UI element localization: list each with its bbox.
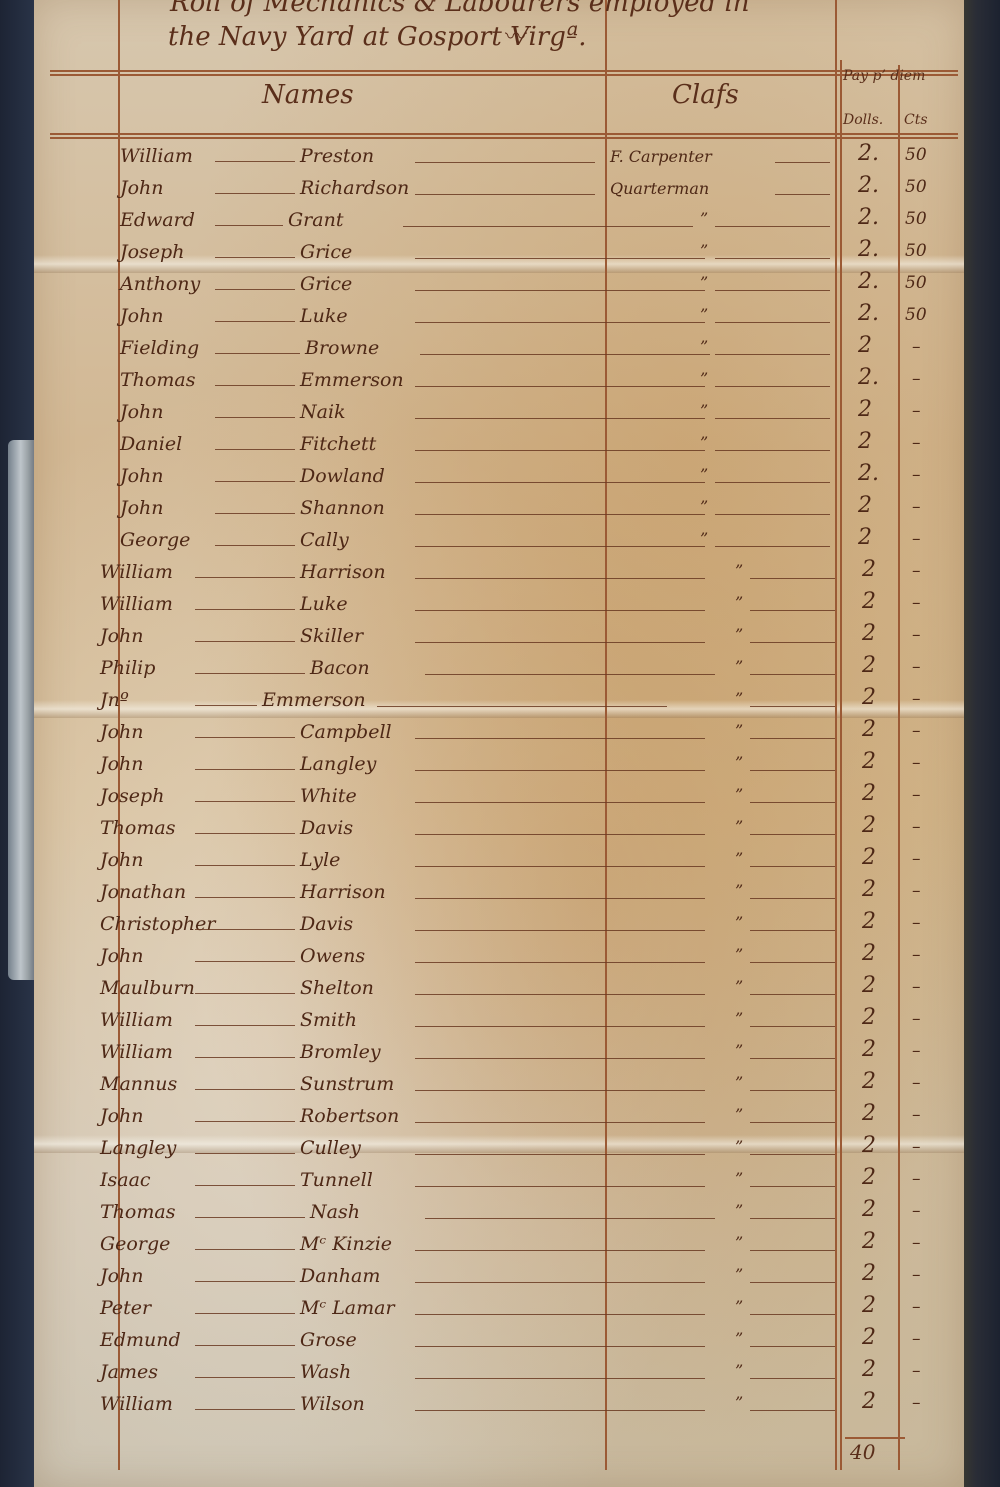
class-ditto-mark: ” (735, 753, 743, 772)
leader-line (415, 482, 705, 483)
table-row: JohnSkiller”2– (0, 623, 1000, 651)
leader-line (415, 642, 705, 643)
column-header-class: Clafs (672, 80, 739, 110)
table-row: JonathanHarrison”2– (0, 879, 1000, 907)
pay-cents: – (912, 1009, 921, 1029)
leader-line (415, 194, 595, 195)
first-name: John (100, 721, 144, 743)
pay-cents: – (912, 529, 921, 549)
class-ditto-mark: ” (735, 657, 743, 676)
class-ditto-mark: ” (735, 721, 743, 740)
leader-line (415, 1250, 705, 1251)
leader-line (415, 386, 705, 387)
leader-line (715, 226, 830, 227)
leader-line (750, 1250, 835, 1251)
pay-cents: – (912, 1297, 921, 1317)
leader-line (195, 929, 295, 930)
pay-dollars: 2. (858, 205, 879, 230)
pay-cents: – (912, 721, 921, 741)
last-name: Mᶜ Kinzie (300, 1233, 392, 1255)
leader-line (215, 449, 295, 450)
class-ditto-mark: ” (735, 817, 743, 836)
leader-line (195, 737, 295, 738)
table-row: JohnOwens”2– (0, 943, 1000, 971)
class-ditto-mark: ” (700, 497, 708, 516)
first-name: George (100, 1233, 170, 1255)
first-name: William (100, 1041, 173, 1063)
first-name: Christopher (100, 913, 215, 935)
header-top-rule-double (50, 74, 958, 76)
leader-line (750, 834, 835, 835)
pay-cents: – (912, 1041, 921, 1061)
last-name: Davis (300, 817, 353, 839)
first-name: Jnº (100, 689, 129, 711)
leader-line (415, 1282, 705, 1283)
leader-line (377, 706, 667, 707)
first-name: Thomas (100, 817, 175, 839)
leader-line (195, 609, 295, 610)
leader-line (195, 1377, 295, 1378)
leader-line (415, 1058, 705, 1059)
leader-line (775, 194, 830, 195)
last-name: Shelton (300, 977, 374, 999)
pay-dollars: 2 (862, 781, 876, 806)
first-name: John (120, 401, 164, 423)
leader-line (750, 1186, 835, 1187)
pay-dollars: 2. (858, 365, 879, 390)
last-name: Smith (300, 1009, 357, 1031)
leader-line (715, 546, 830, 547)
first-name: John (120, 305, 164, 327)
table-row: JamesWash”2– (0, 1359, 1000, 1387)
pay-dollars: 2 (862, 941, 876, 966)
last-name: Harrison (300, 561, 386, 583)
first-name: John (100, 945, 144, 967)
pay-dollars: 2 (862, 1165, 876, 1190)
leader-line (420, 354, 710, 355)
pay-dollars: 2 (862, 909, 876, 934)
class-ditto-mark: ” (735, 561, 743, 580)
class-ditto-mark: ” (700, 369, 708, 388)
last-name: Luke (300, 305, 348, 327)
leader-line (195, 1153, 295, 1154)
last-name: Lyle (300, 849, 340, 871)
pay-cents: – (912, 561, 921, 581)
pay-dollars: 2 (862, 813, 876, 838)
leader-line (415, 738, 705, 739)
pay-dollars: 2 (862, 1069, 876, 1094)
class-ditto-mark: ” (735, 913, 743, 932)
first-name: John (120, 497, 164, 519)
class-ditto-mark: ” (735, 1329, 743, 1348)
pay-cents: – (912, 657, 921, 677)
first-name: George (120, 529, 190, 551)
table-row: EdmundGrose”2– (0, 1327, 1000, 1355)
pay-cents: – (912, 1393, 921, 1413)
first-name: Edmund (100, 1329, 181, 1351)
table-row: JohnNaik”2– (0, 399, 1000, 427)
table-row: MaulburnShelton”2– (0, 975, 1000, 1003)
leader-line (750, 1410, 835, 1411)
pay-cents: – (912, 1105, 921, 1125)
pay-cents: – (912, 1329, 921, 1349)
table-row: DanielFitchett”2– (0, 431, 1000, 459)
class-ditto-mark: ” (735, 625, 743, 644)
pay-cents: 50 (905, 241, 927, 261)
pay-cents: – (912, 1137, 921, 1157)
leader-line (215, 481, 295, 482)
pay-cents: – (912, 817, 921, 837)
last-name: Danham (300, 1265, 380, 1287)
table-row: EdwardGrant”2.50 (0, 207, 1000, 235)
first-name: James (100, 1361, 158, 1383)
pay-dollars: 2 (862, 1357, 876, 1382)
class-ditto-mark: ” (700, 401, 708, 420)
leader-line (195, 1345, 295, 1346)
pay-dollars: 2 (858, 333, 872, 358)
column-header-dollars: Dolls. (843, 112, 883, 128)
leader-line (415, 578, 705, 579)
pay-cents: – (912, 785, 921, 805)
first-name: John (100, 753, 144, 775)
leader-line (415, 1154, 705, 1155)
first-name: William (100, 593, 173, 615)
leader-line (415, 994, 705, 995)
leader-line (715, 514, 830, 515)
pay-cents: – (912, 913, 921, 933)
leader-line (715, 450, 830, 451)
header-bottom-rule (50, 133, 958, 135)
table-row: WilliamHarrison”2– (0, 559, 1000, 587)
leader-line (415, 930, 705, 931)
class-ditto-mark: ” (735, 1361, 743, 1380)
pay-dollars: 2 (862, 1261, 876, 1286)
pay-dollars: 2 (862, 877, 876, 902)
pay-cents: 50 (905, 273, 927, 293)
last-name: Shannon (300, 497, 385, 519)
class-ditto-mark: ” (735, 1201, 743, 1220)
leader-line (750, 930, 835, 931)
table-row: ChristopherDavis”2– (0, 911, 1000, 939)
class-ditto-mark: ” (735, 1265, 743, 1284)
pay-dollars: 2 (862, 653, 876, 678)
class-ditto-mark: ” (735, 1041, 743, 1060)
leader-line (415, 610, 705, 611)
table-row: IsaacTunnell”2– (0, 1167, 1000, 1195)
last-name: Langley (300, 753, 376, 775)
pay-dollars: 2 (862, 717, 876, 742)
class-ditto-mark: ” (700, 465, 708, 484)
last-name: Owens (300, 945, 365, 967)
first-name: John (120, 177, 164, 199)
leader-line (195, 833, 295, 834)
table-row: JohnDowland”2.– (0, 463, 1000, 491)
pay-dollars: 2 (862, 1101, 876, 1126)
pay-dollars: 2 (858, 397, 872, 422)
leader-line (195, 1281, 295, 1282)
pay-dollars: 2 (858, 429, 872, 454)
leader-line (715, 322, 830, 323)
leader-line (195, 993, 295, 994)
pay-cents: – (912, 1073, 921, 1093)
table-row: PhilipBacon”2– (0, 655, 1000, 683)
last-name: Nash (310, 1201, 360, 1223)
leader-line (425, 674, 715, 675)
leader-line (403, 226, 693, 227)
leader-line (750, 802, 835, 803)
first-name: Joseph (120, 241, 184, 263)
leader-line (750, 1154, 835, 1155)
last-name: Harrison (300, 881, 386, 903)
first-name: William (100, 1009, 173, 1031)
pay-cents: – (912, 1265, 921, 1285)
leader-line (195, 961, 295, 962)
pay-cents: – (912, 337, 921, 357)
last-name: Robertson (300, 1105, 399, 1127)
pay-dollars: 2 (862, 973, 876, 998)
last-name: Grice (300, 241, 352, 263)
pay-cents: 50 (905, 177, 927, 197)
pay-dollars: 2 (862, 1005, 876, 1030)
leader-line (425, 1218, 715, 1219)
table-row: GeorgeMᶜ Kinzie”2– (0, 1231, 1000, 1259)
class-ditto-mark: ” (735, 1105, 743, 1124)
last-name: Browne (305, 337, 379, 359)
pay-dollars: 2. (858, 461, 879, 486)
leader-line (215, 289, 295, 290)
table-row: JnºEmmerson”2– (0, 687, 1000, 715)
pay-cents: – (912, 1233, 921, 1253)
leader-line (715, 354, 830, 355)
table-row: JohnLyle”2– (0, 847, 1000, 875)
first-name: Langley (100, 1137, 176, 1159)
pay-cents: – (912, 625, 921, 645)
header-bottom-rule-double (50, 137, 958, 139)
class-ditto-mark: ” (700, 273, 708, 292)
pay-dollars: 2. (858, 269, 879, 294)
leader-line (415, 1090, 705, 1091)
table-row: PeterMᶜ Lamar”2– (0, 1295, 1000, 1323)
leader-line (750, 642, 835, 643)
table-row: JosephGrice”2.50 (0, 239, 1000, 267)
leader-line (415, 834, 705, 835)
leader-line (415, 962, 705, 963)
pay-dollars: 2 (862, 1293, 876, 1318)
column-header-names: Names (262, 80, 354, 110)
leader-line (215, 225, 283, 226)
pay-dollars: 2 (858, 525, 872, 550)
first-name: Edward (120, 209, 195, 231)
pay-cents: – (912, 593, 921, 613)
leader-line (195, 865, 295, 866)
pay-dollars: 2 (862, 621, 876, 646)
leader-line (195, 705, 257, 706)
pay-dollars: 2. (858, 173, 879, 198)
pay-cents: 50 (905, 305, 927, 325)
leader-line (195, 897, 295, 898)
pay-dollars: 2 (862, 557, 876, 582)
class-ditto-mark: ” (735, 1137, 743, 1156)
first-name: Thomas (120, 369, 195, 391)
class-ditto-mark: ” (700, 337, 708, 356)
leader-line (415, 1026, 705, 1027)
table-row: WilliamBromley”2– (0, 1039, 1000, 1067)
leader-line (750, 1122, 835, 1123)
table-row: ThomasDavis”2– (0, 815, 1000, 843)
leader-line (715, 418, 830, 419)
leader-line (415, 450, 705, 451)
leader-line (415, 290, 705, 291)
pay-dollars: 2 (862, 1229, 876, 1254)
leader-line (715, 482, 830, 483)
leader-line (195, 1089, 295, 1090)
class-ditto-mark: ” (700, 529, 708, 548)
class-ditto-mark: ” (735, 785, 743, 804)
leader-line (215, 513, 295, 514)
leader-line (215, 385, 295, 386)
pay-dollars: 2. (858, 301, 879, 326)
leader-line (750, 1282, 835, 1283)
class-ditto-mark: ” (735, 881, 743, 900)
leader-line (415, 866, 705, 867)
table-row: JohnDanham”2– (0, 1263, 1000, 1291)
leader-line (750, 674, 835, 675)
leader-line (415, 514, 705, 515)
pay-dollars: 2 (862, 1325, 876, 1350)
document-title-line-1: Roll of Mechanics & Labourers employed i… (170, 0, 749, 18)
leader-line (215, 193, 295, 194)
leader-line (750, 770, 835, 771)
pay-dollars: 2 (862, 1389, 876, 1414)
class-ditto-mark: ” (735, 977, 743, 996)
first-name: Maulburn (100, 977, 195, 999)
leader-line (750, 1026, 835, 1027)
table-row: JohnLuke”2.50 (0, 303, 1000, 331)
class-ditto-mark: ” (735, 849, 743, 868)
last-name: Davis (300, 913, 353, 935)
table-row: WilliamWilson”2– (0, 1391, 1000, 1419)
pay-cents: – (912, 465, 921, 485)
table-row: JohnShannon”2– (0, 495, 1000, 523)
leader-line (750, 898, 835, 899)
class-value: Quarterman (610, 179, 709, 198)
leader-line (415, 802, 705, 803)
first-name: Isaac (100, 1169, 151, 1191)
leader-line (215, 321, 295, 322)
leader-line (195, 1025, 295, 1026)
leader-line (715, 290, 830, 291)
last-name: Grose (300, 1329, 357, 1351)
leader-line (195, 641, 295, 642)
leader-line (750, 738, 835, 739)
leader-line (750, 866, 835, 867)
last-name: Bromley (300, 1041, 381, 1063)
leader-line (195, 673, 305, 674)
first-name: William (100, 561, 173, 583)
leader-line (415, 322, 705, 323)
last-name: Culley (300, 1137, 361, 1159)
class-value: F. Carpenter (610, 147, 712, 166)
class-ditto-mark: ” (700, 305, 708, 324)
leader-line (195, 1217, 305, 1218)
class-ditto-mark: ” (735, 1297, 743, 1316)
first-name: Fielding (120, 337, 199, 359)
first-name: John (100, 1105, 144, 1127)
leader-line (715, 258, 830, 259)
class-ditto-mark: ” (700, 241, 708, 260)
first-name: John (100, 1265, 144, 1287)
table-row: LangleyCulley”2– (0, 1135, 1000, 1163)
class-ditto-mark: ” (735, 1393, 743, 1412)
pay-cents: – (912, 401, 921, 421)
leader-line (750, 706, 835, 707)
leader-line (215, 545, 295, 546)
leader-line (715, 386, 830, 387)
first-name: Jonathan (100, 881, 186, 903)
leader-line (415, 1314, 705, 1315)
last-name: Naik (300, 401, 346, 423)
first-name: John (120, 465, 164, 487)
leader-line (195, 577, 295, 578)
table-row: ThomasNash”2– (0, 1199, 1000, 1227)
pay-dollars: 2. (858, 141, 879, 166)
pay-cents: – (912, 369, 921, 389)
leader-line (750, 1346, 835, 1347)
last-name: Wash (300, 1361, 351, 1383)
last-name: Cally (300, 529, 349, 551)
leader-line (195, 769, 295, 770)
last-name: Mᶜ Lamar (300, 1297, 395, 1319)
column-header-cents: Cts (904, 112, 928, 128)
last-name: Grant (288, 209, 343, 231)
leader-line (195, 1249, 295, 1250)
leader-line (750, 1314, 835, 1315)
last-name: Grice (300, 273, 352, 295)
leader-line (415, 1346, 705, 1347)
table-row: MannusSunstrum”2– (0, 1071, 1000, 1099)
leader-line (750, 1218, 835, 1219)
total-dollars: 40 (850, 1440, 875, 1464)
leader-line (415, 418, 705, 419)
leader-line (750, 1058, 835, 1059)
flourish-icon: 〰 (505, 20, 527, 51)
leader-line (415, 1186, 705, 1187)
leader-line (195, 1313, 295, 1314)
pay-dollars: 2 (862, 749, 876, 774)
class-ditto-mark: ” (700, 209, 708, 228)
leader-line (750, 578, 835, 579)
leader-line (415, 1410, 705, 1411)
first-name: Peter (100, 1297, 151, 1319)
pay-dollars: 2 (862, 845, 876, 870)
class-ditto-mark: ” (735, 689, 743, 708)
class-ditto-mark: ” (735, 1009, 743, 1028)
last-name: Emmerson (300, 369, 404, 391)
header-top-rule (50, 70, 958, 72)
table-row: ThomasEmmerson”2.– (0, 367, 1000, 395)
first-name: Anthony (120, 273, 200, 295)
pay-cents: – (912, 1169, 921, 1189)
leader-line (215, 417, 295, 418)
last-name: Fitchett (300, 433, 376, 455)
first-name: Mannus (100, 1073, 177, 1095)
last-name: Luke (300, 593, 348, 615)
last-name: Richardson (300, 177, 409, 199)
last-name: Bacon (310, 657, 370, 679)
table-row: WilliamPrestonF. Carpenter2.50 (0, 143, 1000, 171)
pay-cents: – (912, 977, 921, 997)
first-name: Thomas (100, 1201, 175, 1223)
